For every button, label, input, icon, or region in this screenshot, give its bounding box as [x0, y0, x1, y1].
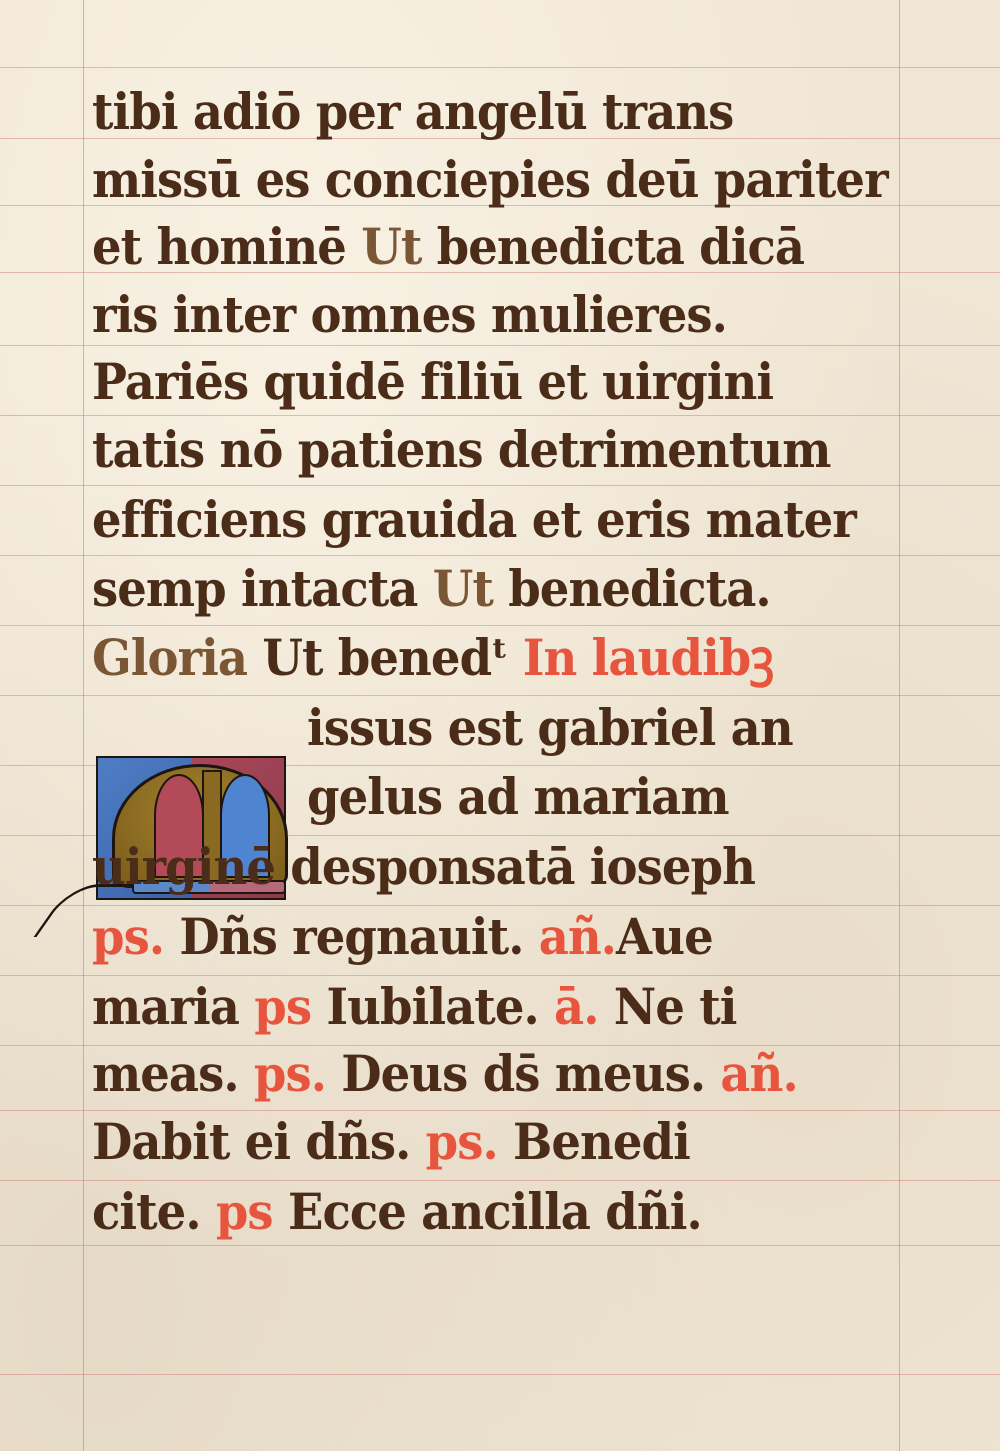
script-text: Ut	[433, 559, 508, 618]
rubric-text: añ.	[720, 1044, 797, 1103]
script-text: efficiens grauida et eris mater	[92, 490, 856, 549]
script-text: benedicta dicā	[437, 217, 804, 276]
script-text: Dabit ei dñs.	[92, 1112, 426, 1171]
manuscript-line: gelus ad mariam	[307, 772, 865, 822]
ruling-vertical	[899, 0, 900, 1451]
manuscript-line: semp intacta Ut benedicta.	[92, 564, 771, 614]
manuscript-line: missū es conciepies deū pariter	[92, 155, 888, 205]
rubric-text: ps.	[426, 1112, 513, 1171]
script-text: Ut benedᵗ	[262, 628, 522, 687]
manuscript-line: meas. ps. Deus ds̄ meus. añ.	[92, 1049, 798, 1099]
rubric-text: ps.	[92, 907, 179, 966]
script-text: meas.	[92, 1044, 254, 1103]
rubric-text: añ.	[539, 907, 616, 966]
script-text: tibi adiō per angelū trans	[92, 82, 733, 141]
ruling-vertical	[83, 0, 84, 1451]
script-text: ris inter omnes mulieres.	[92, 285, 727, 344]
script-text: Pariēs quidē filiū et uirgini	[92, 352, 773, 411]
ruling-horizontal	[0, 695, 1000, 696]
manuscript-line: maria ps Iubilate. ā. Ne ti	[92, 982, 737, 1032]
rubric-text: ā.	[554, 977, 614, 1036]
script-text: Gloria	[92, 628, 262, 687]
manuscript-line: ps. Dñs regnauit. añ.Aue	[92, 912, 713, 962]
script-text: Ecce ancilla dñi.	[288, 1182, 702, 1241]
manuscript-line: issus est gabriel an	[307, 703, 865, 753]
ruling-horizontal	[0, 345, 1000, 346]
manuscript-line: tatis nō patiens detrimentum	[92, 425, 830, 475]
script-text: Ne ti	[614, 977, 737, 1036]
ruling-horizontal	[0, 1245, 1000, 1246]
manuscript-line: Pariēs quidē filiū et uirgini	[92, 357, 773, 407]
ruling-horizontal	[0, 485, 1000, 486]
ruling-horizontal	[0, 1374, 1000, 1375]
ruling-horizontal	[0, 555, 1000, 556]
manuscript-line: uirginē desponsatā ioseph	[92, 842, 755, 892]
script-text: Deus ds̄ meus.	[341, 1044, 720, 1103]
ruling-horizontal	[0, 905, 1000, 906]
script-text: tatis nō patiens detrimentum	[92, 420, 830, 479]
script-text: issus est gabriel an	[307, 698, 793, 757]
ruling-horizontal	[0, 975, 1000, 976]
manuscript-line: cite. ps Ecce ancilla dñi.	[92, 1187, 702, 1237]
ruling-horizontal	[0, 625, 1000, 626]
manuscript-line: ris inter omnes mulieres.	[92, 290, 727, 340]
ruling-horizontal	[0, 1110, 1000, 1111]
manuscript-line: efficiens grauida et eris mater	[92, 495, 856, 545]
script-text: Aue	[616, 907, 713, 966]
manuscript-line: Gloria Ut benedᵗ In laudibꝫ	[92, 633, 773, 683]
manuscript-line: tibi adiō per angelū trans	[92, 87, 733, 137]
rubric-text: In laudibꝫ	[523, 628, 774, 687]
rubric-text: ps.	[254, 1044, 341, 1103]
script-text: uirginē desponsatā ioseph	[92, 837, 755, 896]
script-text: Iubilate.	[326, 977, 554, 1036]
script-text: cite.	[92, 1182, 216, 1241]
ruling-horizontal	[0, 415, 1000, 416]
manuscript-line: Dabit ei dñs. ps. Benedi	[92, 1117, 690, 1167]
script-text: gelus ad mariam	[307, 767, 729, 826]
ruling-horizontal	[0, 1180, 1000, 1181]
script-text: Benedi	[513, 1112, 690, 1171]
rubric-text: ps	[254, 977, 326, 1036]
manuscript-line: et hominē Ut benedicta dicā	[92, 222, 804, 272]
script-text: missū es conciepies deū pariter	[92, 150, 888, 209]
ruling-horizontal	[0, 67, 1000, 68]
script-text: semp intacta	[92, 559, 433, 618]
script-text: Ut	[361, 217, 436, 276]
script-text: benedicta.	[508, 559, 770, 618]
script-text: Dñs regnauit.	[179, 907, 538, 966]
script-text: et hominē	[92, 217, 361, 276]
rubric-text: ps	[216, 1182, 288, 1241]
script-text: maria	[92, 977, 254, 1036]
